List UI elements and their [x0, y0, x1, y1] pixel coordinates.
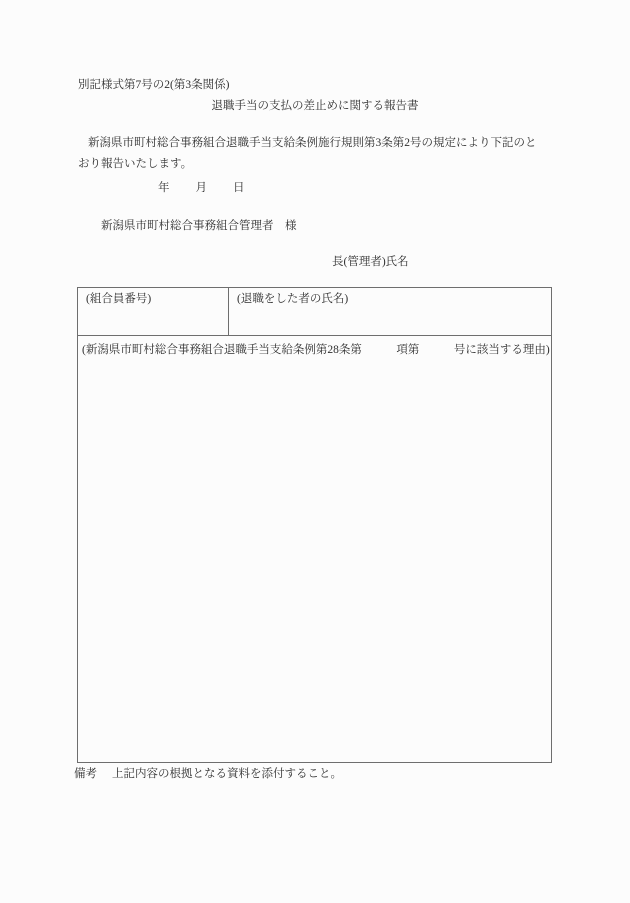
retiree-name-label: (退職をした者の氏名): [237, 293, 348, 305]
body-paragraph-line1: 新潟県市町村総合事務組合退職手当支給条例施行規則第3条第2号の規定により下記のと: [88, 137, 537, 150]
body-paragraph-line2: おり報告いたします。: [78, 158, 192, 171]
addressee-line: 新潟県市町村総合事務組合管理者 様: [101, 220, 297, 233]
member-number-label: (組合員番号): [86, 293, 151, 305]
retiree-name-cell: (退職をした者の氏名): [229, 288, 551, 335]
remarks-label: 備考: [74, 768, 97, 780]
document-page: 別記様式第7号の2(第3条関係) 退職手当の支払の差止めに関する報告書 新潟県市…: [0, 0, 630, 903]
report-table: (組合員番号) (退職をした者の氏名) (新潟県市町村総合事務組合退職手当支給条…: [77, 287, 552, 763]
member-number-cell: (組合員番号): [78, 288, 229, 335]
table-header-row: (組合員番号) (退職をした者の氏名): [78, 288, 551, 336]
form-number: 別記様式第7号の2(第3条関係): [78, 79, 229, 92]
reason-label: (新潟県市町村総合事務組合退職手当支給条例第28条第 項第 号に該当する理由): [82, 344, 550, 356]
remarks-note: 備考上記内容の根拠となる資料を添付すること。: [74, 768, 342, 781]
reason-cell: (新潟県市町村総合事務組合退職手当支給条例第28条第 項第 号に該当する理由): [78, 336, 551, 763]
date-line: 年 月 日: [158, 182, 246, 195]
remarks-text: 上記内容の根拠となる資料を添付すること。: [112, 768, 342, 780]
document-title: 退職手当の支払の差止めに関する報告書: [0, 100, 630, 113]
signer-name-label: 長(管理者)氏名: [332, 256, 409, 269]
